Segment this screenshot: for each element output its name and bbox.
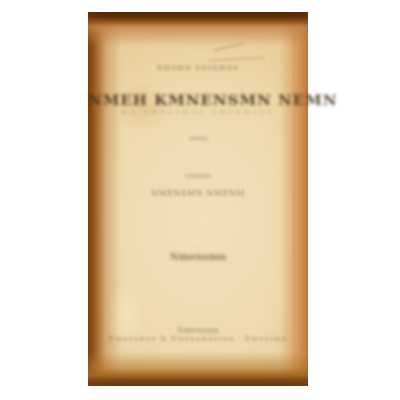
book-title-page: nmsmn nusnmne NMEH KMNENSMN NEMN mn nmen…	[88, 12, 308, 386]
illegible-imprint-city: Nmensmn	[88, 326, 308, 335]
illegible-series-line: nmsmn nusnmne	[88, 63, 308, 72]
small-mark-upper: –	[88, 244, 308, 252]
illegible-subtitle-line: mn nmensmne nmenmsnn	[88, 108, 308, 116]
illegible-byline: nmemn	[88, 172, 308, 180]
illegible-author-line: NMENSMN NMENM	[88, 189, 308, 198]
illegible-imprint-publisher: Nmensmne & Nmensmnesnn · Nmensmn	[88, 335, 308, 343]
handwriting-mark	[208, 51, 264, 62]
small-mark-lower: –	[88, 268, 308, 276]
scanned-book-page: nmsmn nusnmne NMEH KMNENSMN NEMN mn nmen…	[0, 0, 400, 400]
illegible-edition-line: Nmensmn	[88, 252, 308, 264]
handwriting-mark	[211, 34, 244, 51]
illegible-title-line: NMEH KMNENSMN NEMN	[88, 92, 308, 107]
ornament-rule: ——	[88, 134, 308, 144]
